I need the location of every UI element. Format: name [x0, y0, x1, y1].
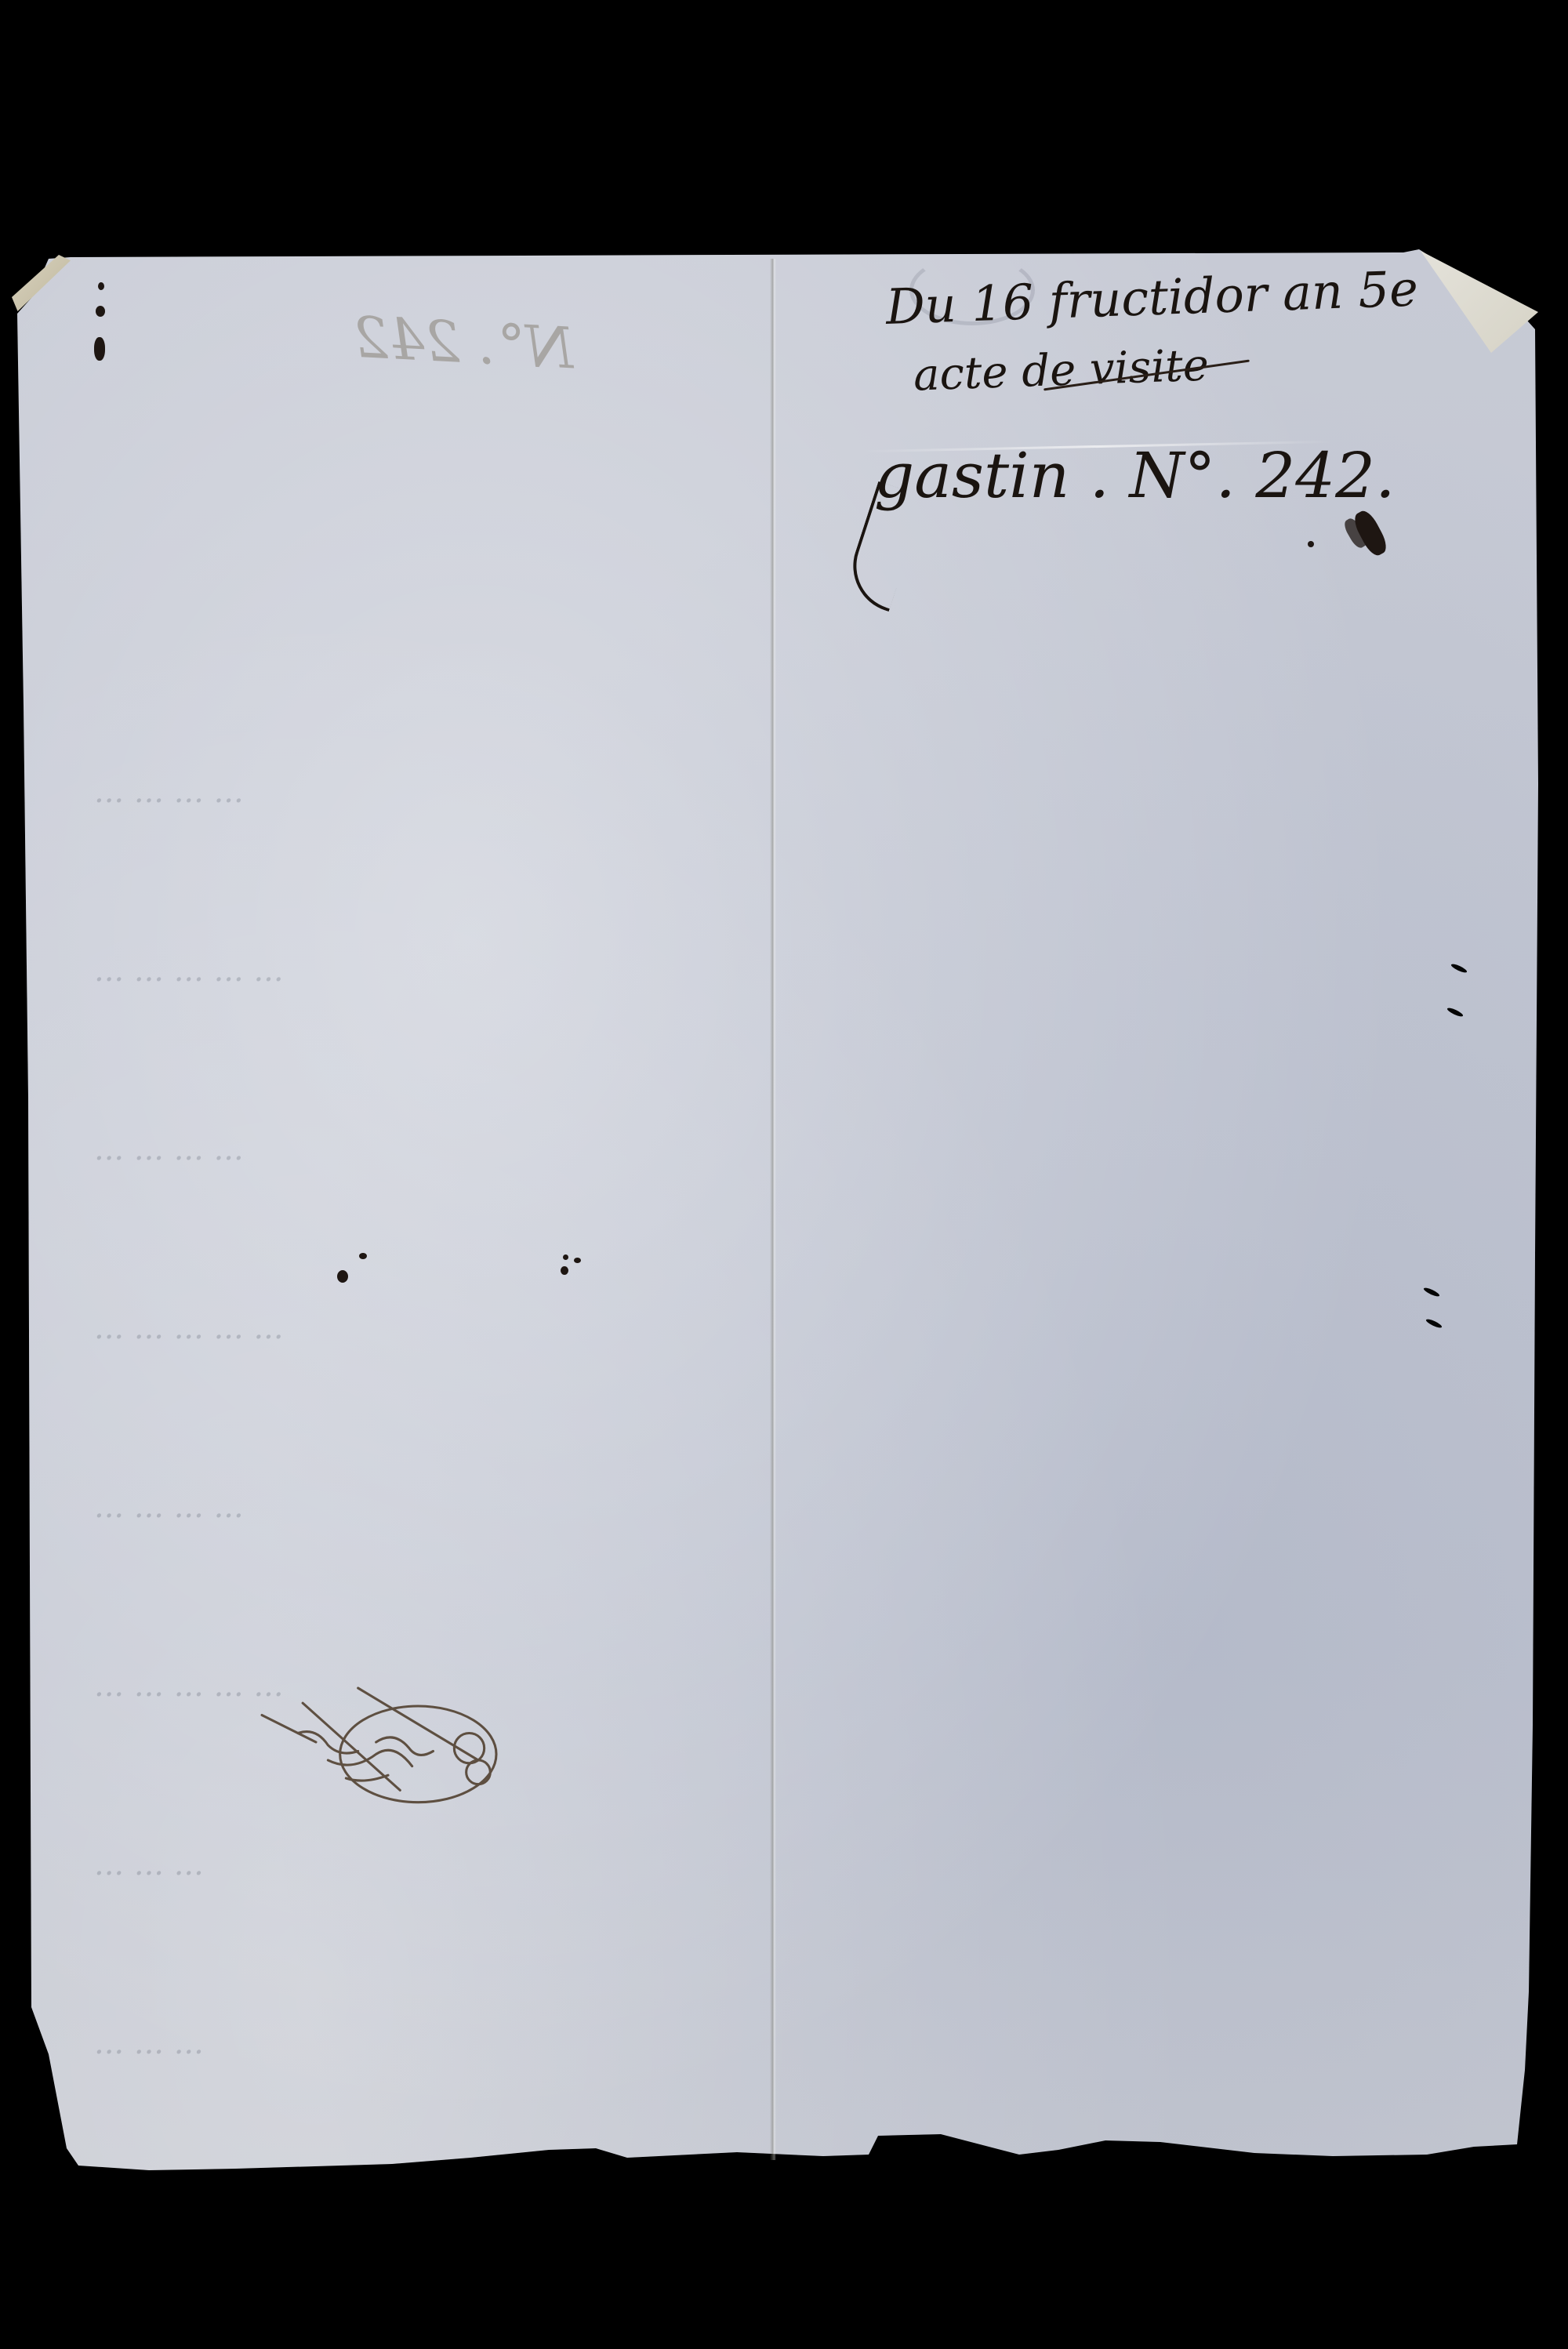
ink-spot: [561, 1266, 568, 1275]
bleed-line: ... ... ... ...: [94, 1120, 284, 1179]
bleed-line: ... ... ... ... ...: [94, 941, 284, 1000]
mirrored-bleed-number: N°. 242: [351, 304, 575, 382]
document-scan: N°. 242 ... ... ... ... ... ... ... ... …: [0, 0, 1568, 2349]
bleed-through-text-left: ... ... ... ... ... ... ... ... ... ... …: [94, 643, 284, 2192]
ink-spot: [359, 1253, 367, 1259]
seal-icon: [223, 1670, 553, 1850]
ink-drip-mark: [94, 282, 110, 369]
annotation-title-line: acte de visite: [913, 339, 1210, 401]
annotation-number-line: gastin . N°. 242.: [874, 439, 1396, 512]
bleed-line: ... ... ...: [94, 2013, 284, 2073]
ink-spot: [563, 1254, 568, 1260]
ink-spot: [574, 1258, 581, 1263]
bleed-line: ... ... ... ...: [94, 762, 284, 822]
ink-blot: [1308, 541, 1314, 547]
bleed-line: ... ... ... ... ...: [94, 1298, 284, 1358]
vertical-fold-line: [770, 259, 776, 2160]
ink-seal-mark: [223, 1670, 553, 1850]
ink-spot: [337, 1270, 348, 1283]
bleed-line: ... ... ... ...: [94, 1477, 284, 1537]
